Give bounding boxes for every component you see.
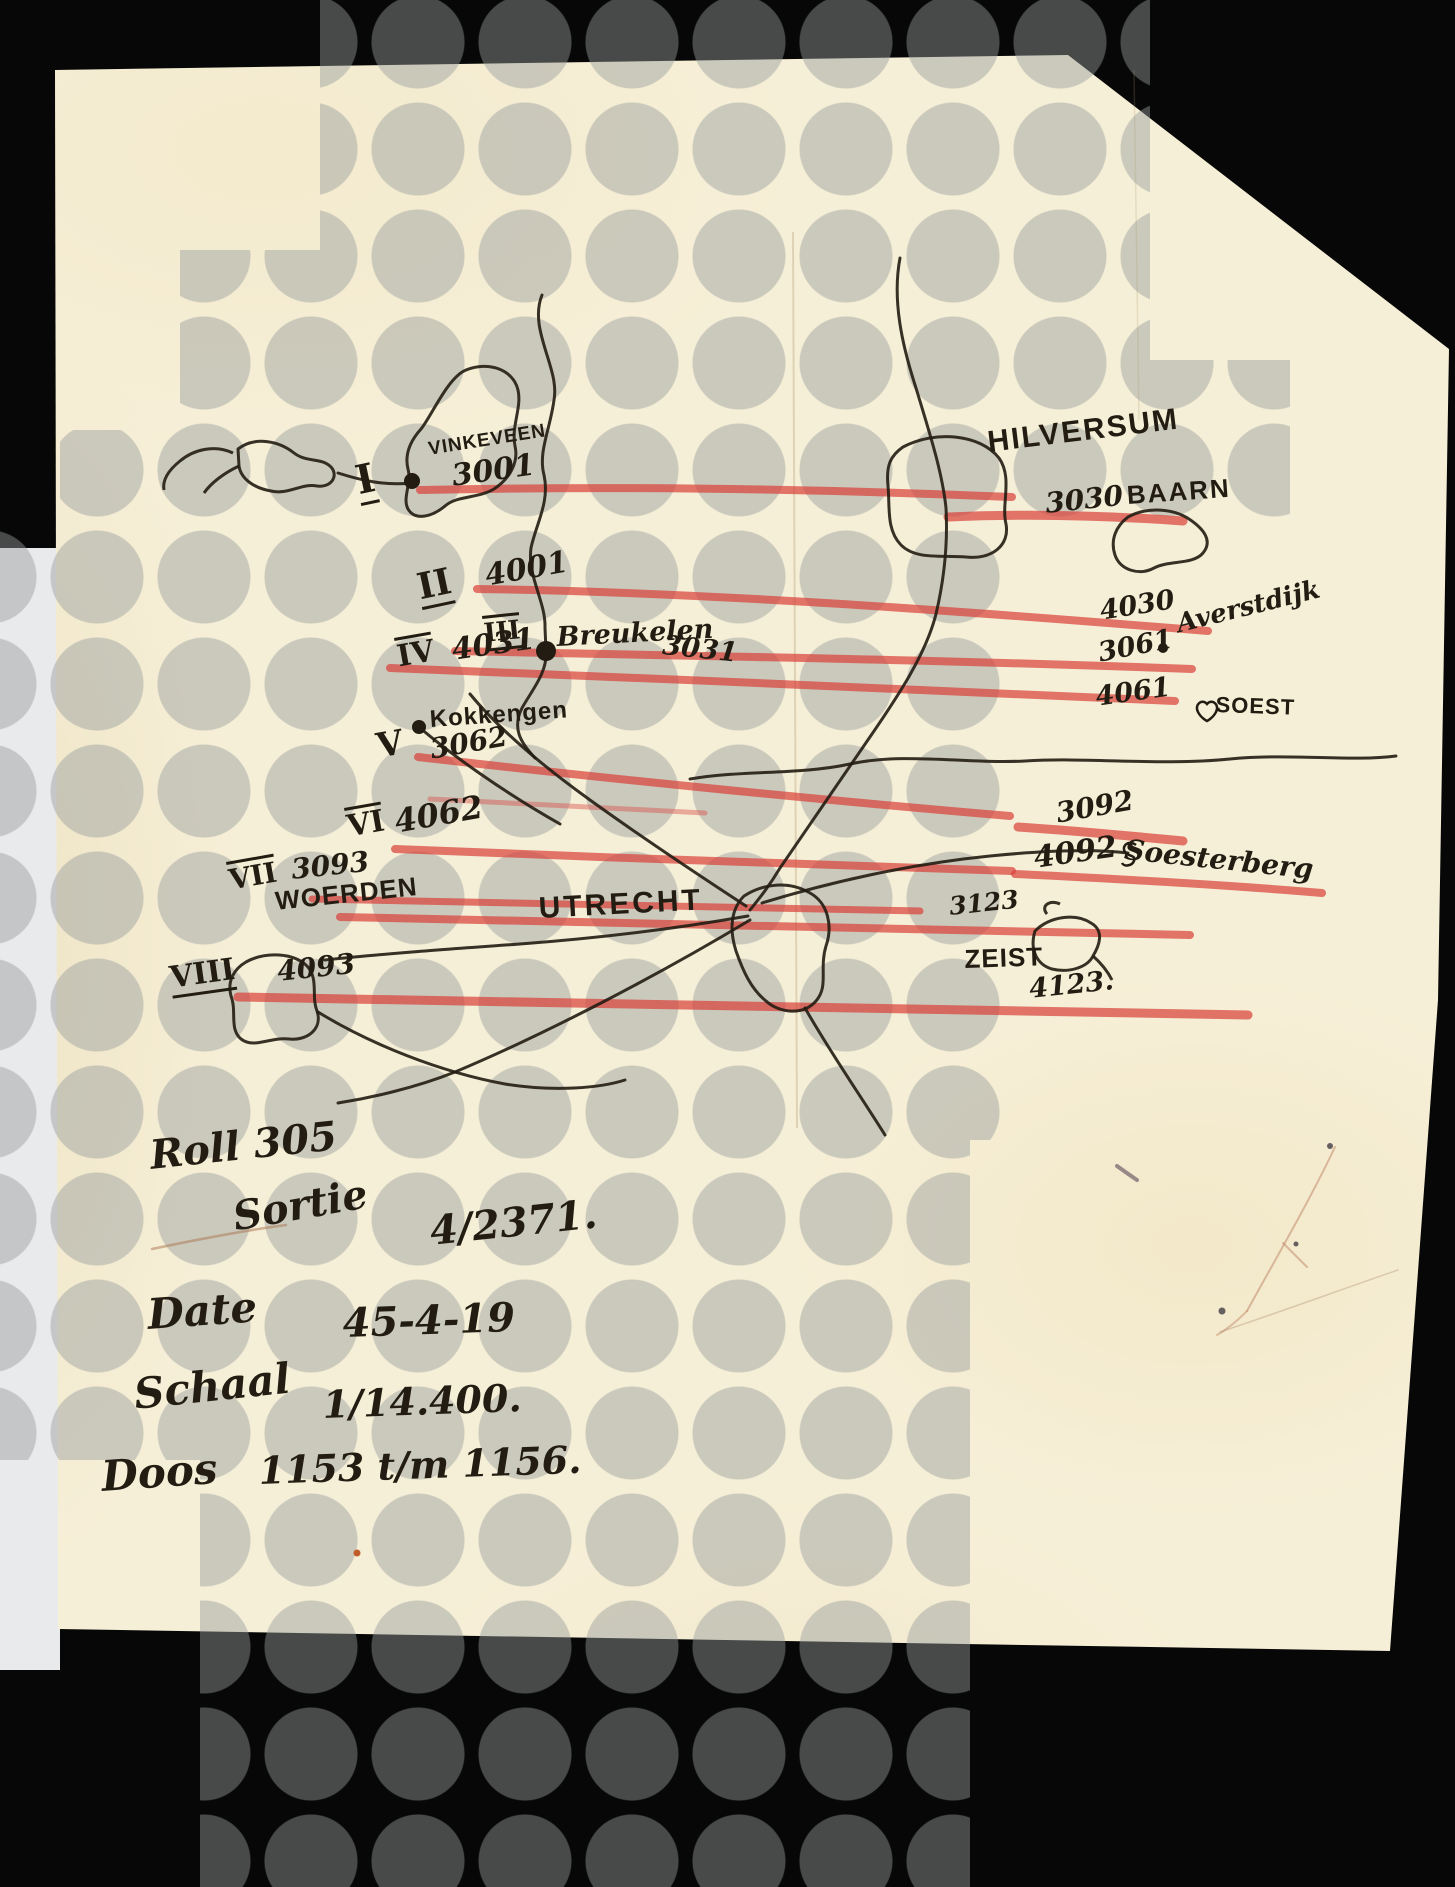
label-roll: Roll 305 [148, 1116, 339, 1175]
label-numeral-viii: VIII [168, 955, 238, 999]
label-code-4062: 4062 [392, 791, 485, 838]
label-sortie-number: 4/2371. [428, 1194, 599, 1251]
label-numeral-iv: IV [394, 632, 437, 673]
label-code-3061: 3061 [1096, 626, 1175, 667]
label-baarn: BAARN [1126, 475, 1231, 508]
label-numeral-v: V [374, 725, 406, 763]
label-code-4092: 4092 [1032, 832, 1119, 873]
label-code-3123: 3123 [948, 887, 1020, 919]
label-soesterberg: Soesterberg [1123, 836, 1315, 884]
label-date-value: 45-4-19 [342, 1298, 516, 1344]
label-code-4031: 4031 [450, 624, 537, 665]
label-zeist: ZEIST [964, 943, 1044, 972]
label-utrecht: UTRECHT [538, 885, 704, 924]
label-code-4093: 4093 [276, 950, 356, 986]
label-date-word: Date [146, 1286, 258, 1336]
label-hilversum: HILVERSUM [986, 405, 1181, 458]
label-schaal-word: Schaal [132, 1358, 292, 1416]
label-soest: SOEST [1215, 694, 1295, 719]
label-numeral-ii: II [414, 563, 455, 610]
label-code-3031: 3031 [661, 632, 739, 667]
label-numeral-vii: VII [226, 854, 279, 895]
label-code-4061: 4061 [1094, 674, 1172, 711]
handwritten-labels-layer: IVINKEVEEN3001HILVERSUM3030BAARNII4001II… [0, 0, 1455, 1887]
label-numeral-i: I [352, 458, 380, 506]
scanned-map-sheet: IVINKEVEEN3001HILVERSUM3030BAARNII4001II… [0, 0, 1455, 1887]
label-code-3092: 3092 [1054, 786, 1136, 827]
label-numeral-vi: VI [344, 802, 387, 843]
label-code-4030: 4030 [1098, 586, 1176, 624]
label-averstdijk: Averstdijk [1174, 577, 1323, 638]
label-code-3001: 3001 [450, 450, 537, 491]
label-code-4123: 4123. [1028, 967, 1115, 1003]
label-code-4001: 4001 [483, 548, 570, 592]
label-doos-word: Doos [100, 1448, 219, 1498]
label-doos-value: 1153 t/m 1156. [258, 1441, 582, 1490]
label-sortie-word: Sortie [230, 1174, 371, 1237]
label-code-3030: 3030 [1044, 482, 1124, 518]
label-schaal-value: 1/14.400. [322, 1379, 522, 1424]
